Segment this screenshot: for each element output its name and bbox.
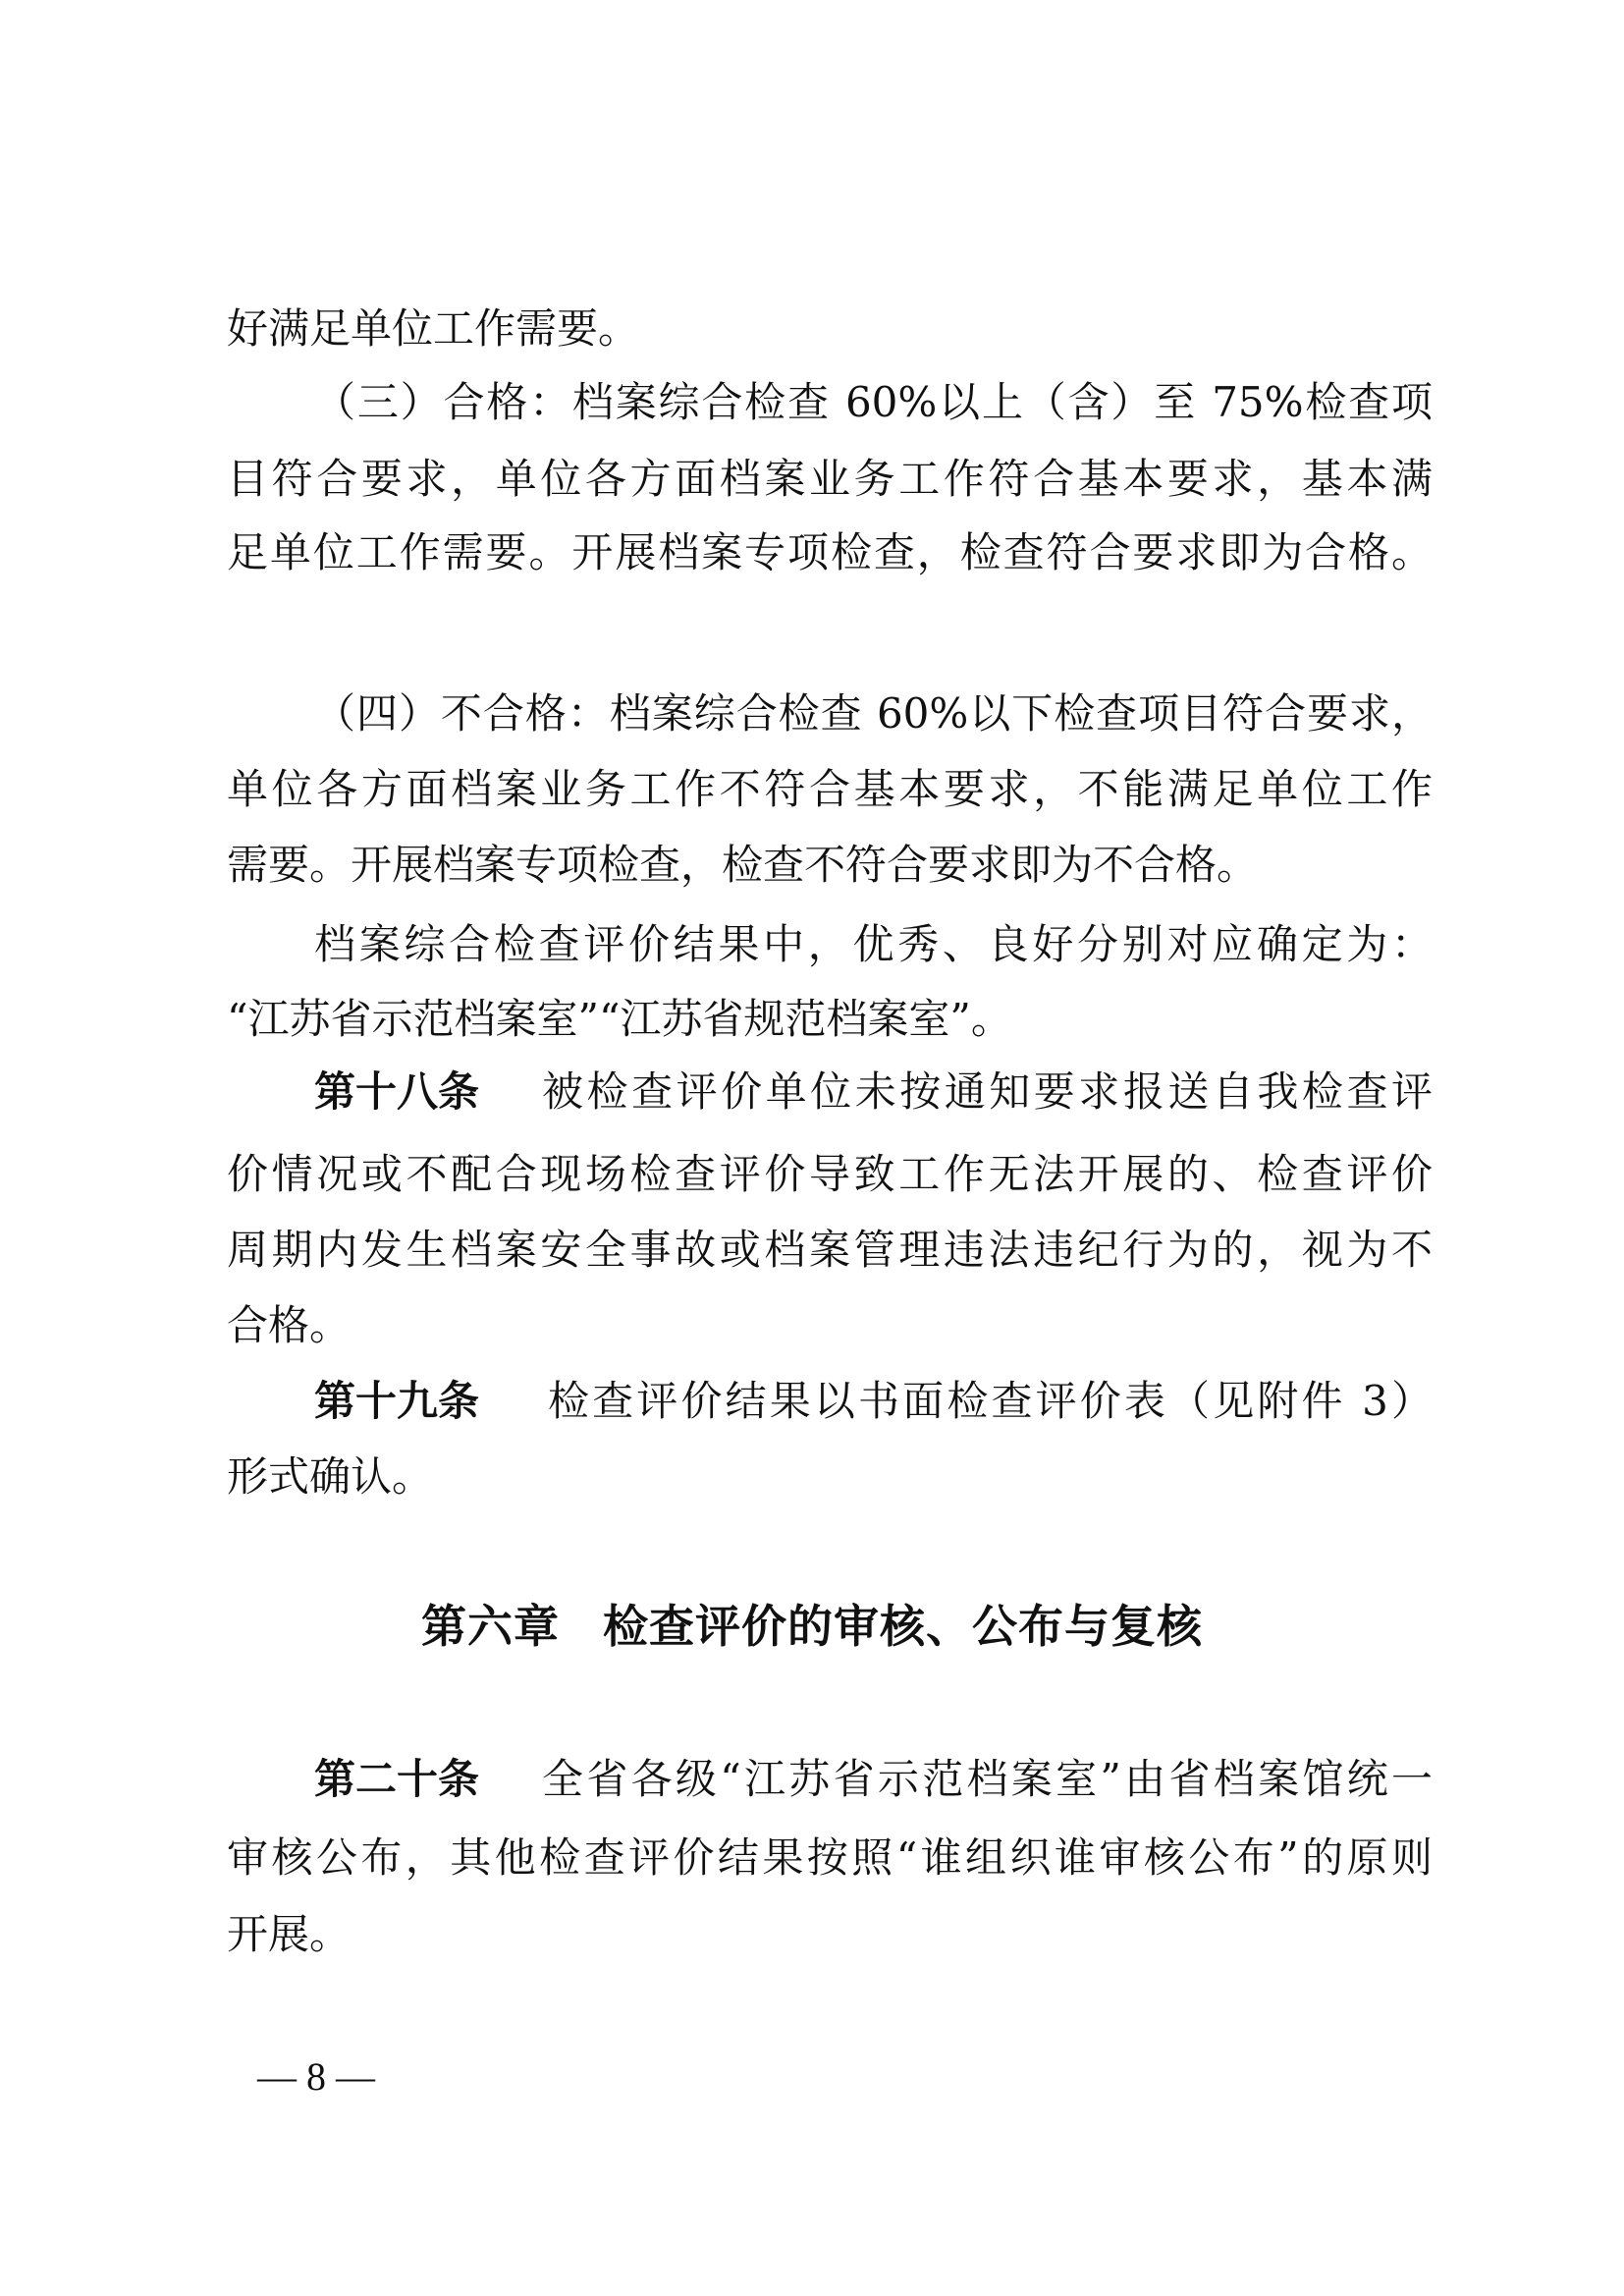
- article-text: 被检查评价单位未按通知要求报送自我检查评: [542, 1063, 1433, 1121]
- paragraph-line: 价情况或不配合现场检查评价导致工作无法开展的、检查评价: [227, 1145, 1433, 1204]
- article-label: 第二十条: [314, 1750, 479, 1809]
- paragraph-line: 好满足单位工作需要。: [227, 300, 1433, 358]
- paragraph-line: 档案综合检查评价结果中，优秀、良好分别对应确定为：: [314, 915, 1433, 974]
- article-18-first-line: 第十八条 被检查评价单位未按通知要求报送自我检查评: [314, 1063, 1433, 1121]
- paragraph-line: 审核公布，其他检查评价结果按照“谁组织谁审核公布”的原则: [227, 1829, 1433, 1887]
- chapter-number: 第六章: [421, 1600, 560, 1653]
- page-number: — 8 —: [257, 2055, 375, 2099]
- paragraph-line: “江苏省示范档案室”“江苏省规范档案室”。: [227, 990, 1433, 1049]
- chapter-heading: 第六章检查评价的审核、公布与复核: [0, 1595, 1624, 1658]
- paragraph-line: （四）不合格：档案综合检查 60%以下检查项目符合要求，: [314, 684, 1433, 743]
- article-19-first-line: 第十九条 检查评价结果以书面检查评价表（见附件 3）: [314, 1372, 1433, 1431]
- paragraph-line: （三）合格：档案综合检查 60%以上（含）至 75%检查项: [314, 373, 1433, 432]
- paragraph-line: 目符合要求，单位各方面档案业务工作符合基本要求，基本满: [227, 450, 1433, 509]
- paragraph-line: 单位各方面档案业务工作不符合基本要求，不能满足单位工作: [227, 760, 1433, 819]
- paragraph-line: 形式确认。: [227, 1448, 1433, 1506]
- article-text: 全省各级“江苏省示范档案室”由省档案馆统一: [542, 1750, 1433, 1809]
- paragraph-line: 合格。: [227, 1296, 1433, 1355]
- article-label: 第十九条: [314, 1372, 479, 1431]
- article-20-first-line: 第二十条 全省各级“江苏省示范档案室”由省档案馆统一: [314, 1750, 1433, 1809]
- chapter-title: 检查评价的审核、公布与复核: [603, 1600, 1203, 1653]
- paragraph-line: 足单位工作需要。开展档案专项检查，检查符合要求即为合格。: [227, 523, 1433, 582]
- paragraph-line: 周期内发生档案安全事故或档案管理违法违纪行为的，视为不: [227, 1221, 1433, 1280]
- paragraph-line: 需要。开展档案专项检查，检查不符合要求即为不合格。: [227, 836, 1433, 895]
- paragraph-line: 开展。: [227, 1905, 1433, 1964]
- article-label: 第十八条: [314, 1063, 479, 1121]
- article-text: 检查评价结果以书面检查评价表（见附件 3）: [548, 1372, 1433, 1431]
- document-page: 好满足单位工作需要。 （三）合格：档案综合检查 60%以上（含）至 75%检查项…: [0, 0, 1624, 2296]
